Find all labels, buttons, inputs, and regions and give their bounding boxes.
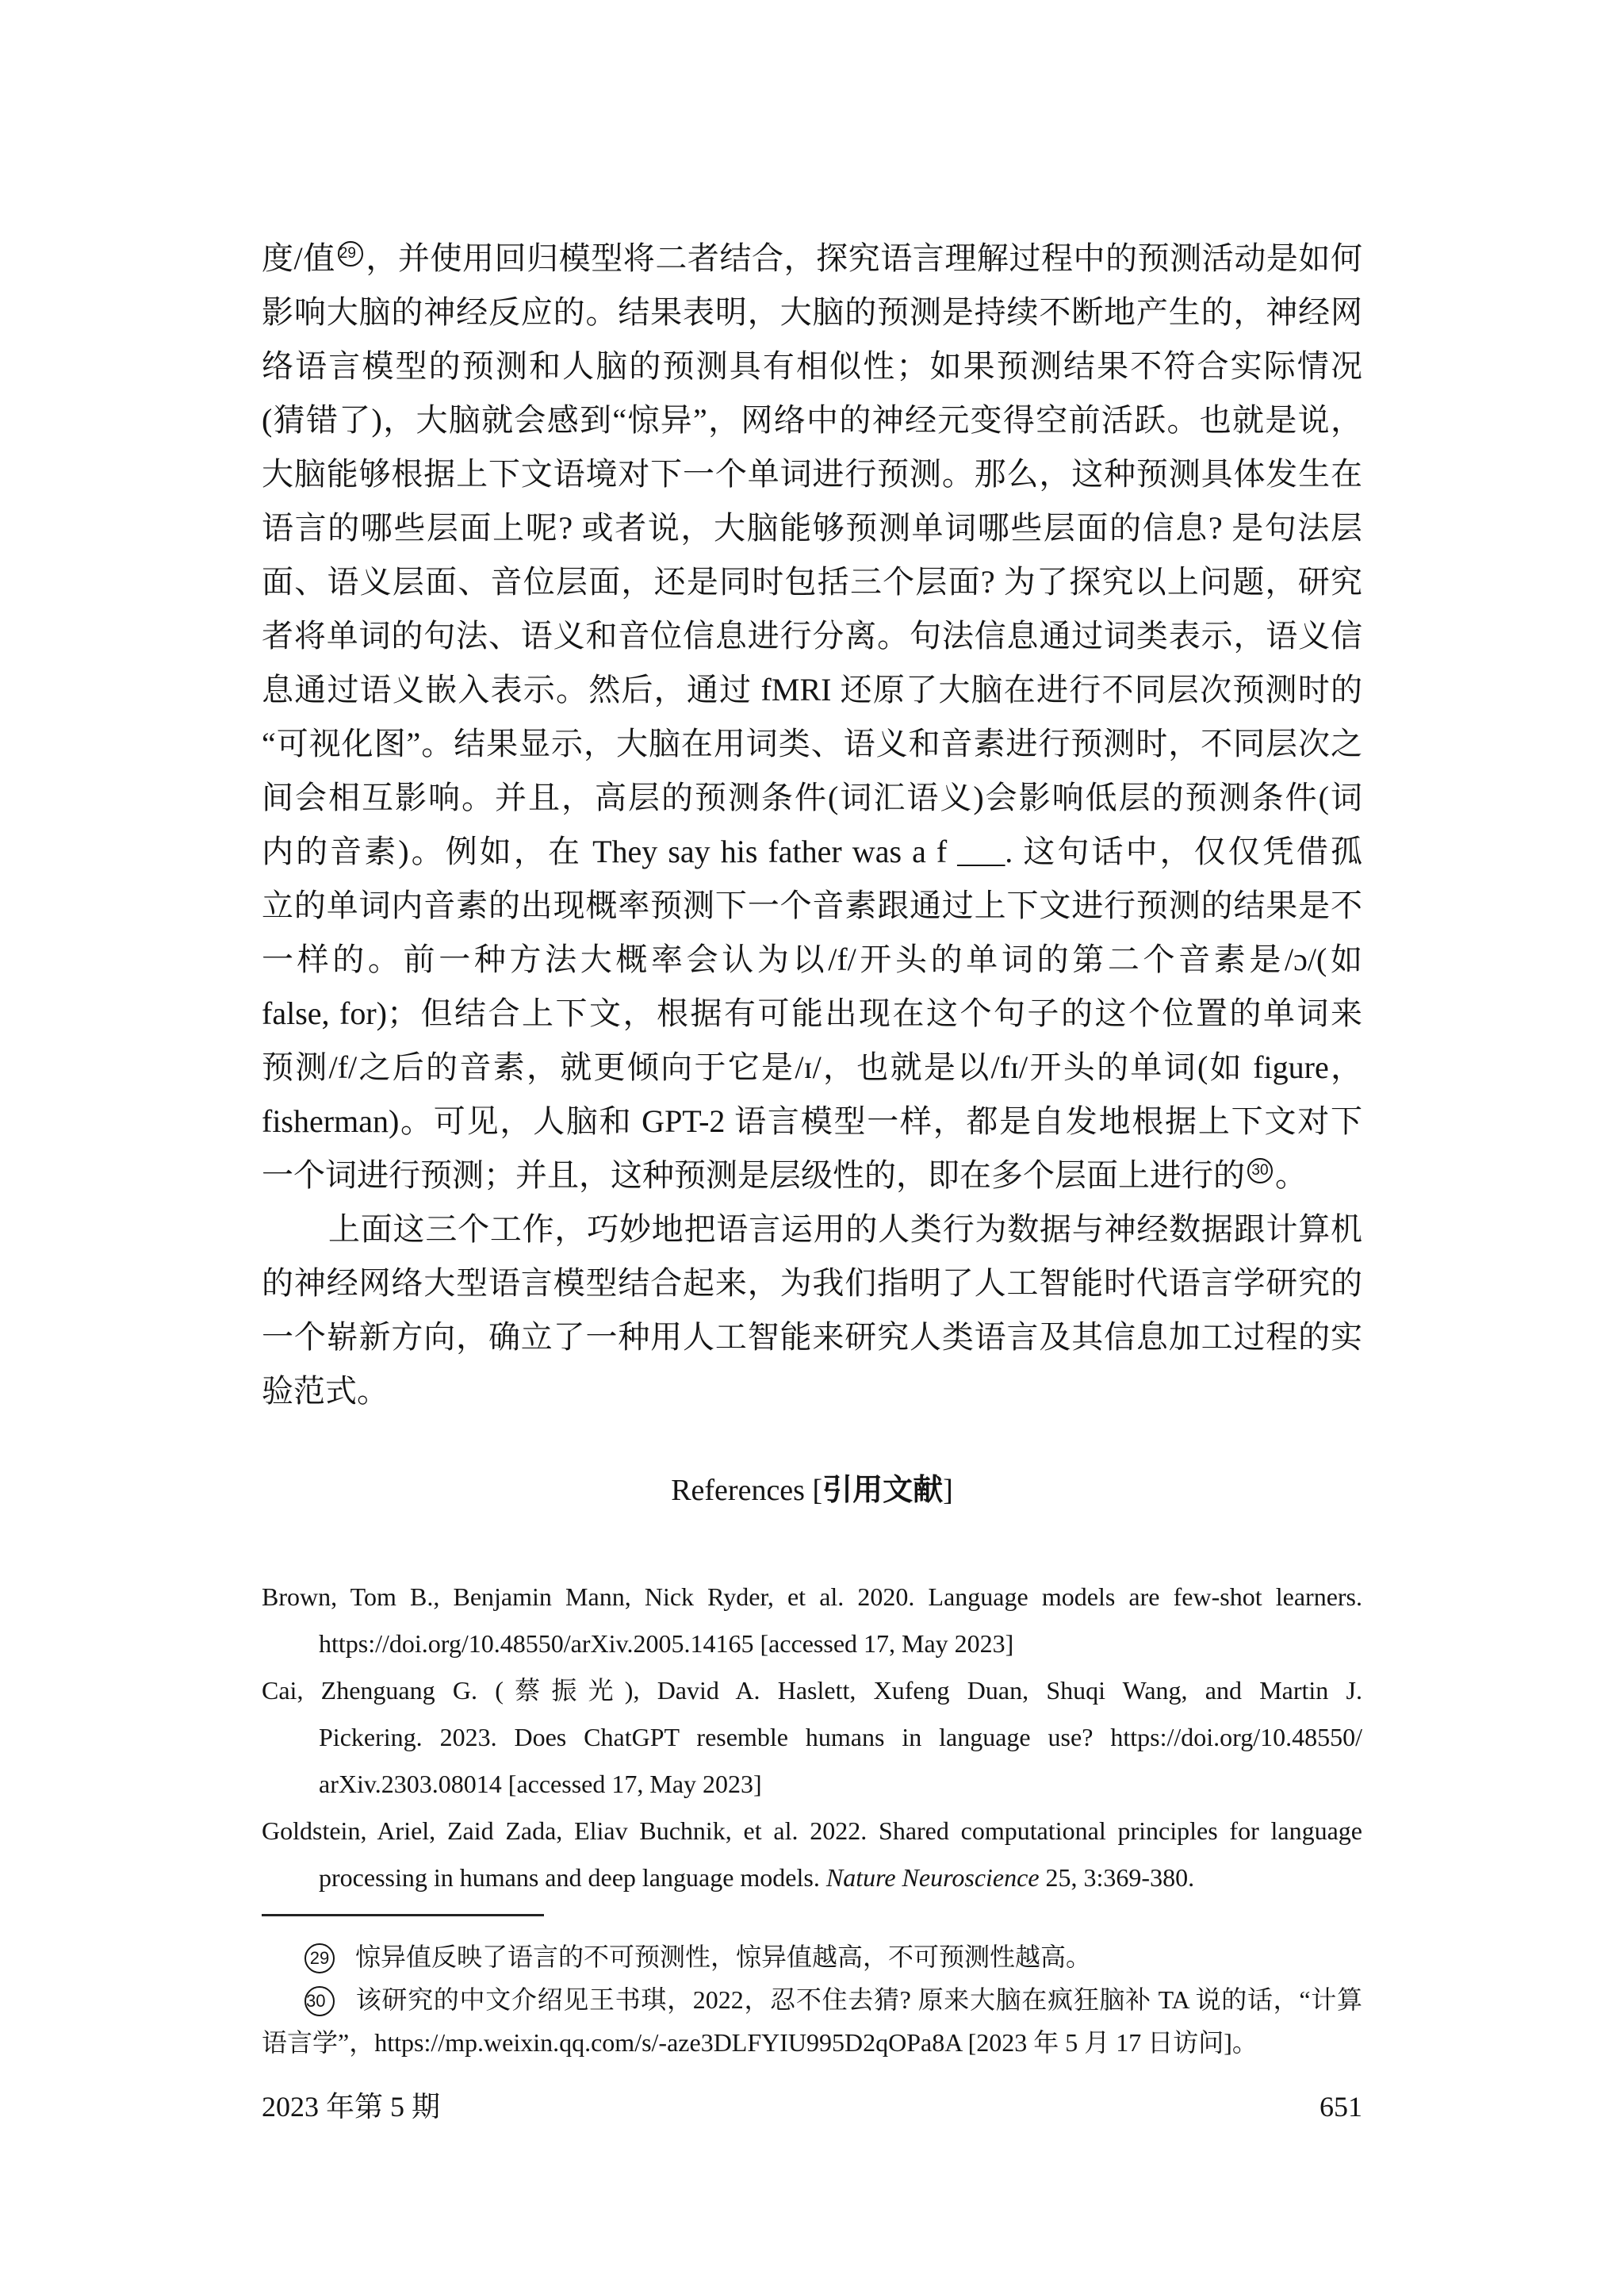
body-line: 大脑能够根据上下文语境对下一个单词进行预测。那么，这种预测具体发生在: [262, 447, 1362, 501]
journal-name: Nature Neuroscience: [826, 1863, 1040, 1892]
body-line: 者将单词的句法、语义和音位信息进行分离。句法信息通过词类表示，语义信: [262, 609, 1362, 663]
body-line: 息通过语义嵌入表示。然后，通过 fMRI 还原了大脑在进行不同层次预测时的: [262, 663, 1362, 717]
body-line: 面、语义层面、音位层面，还是同时包括三个层面? 为了探究以上问题，研究: [262, 555, 1362, 609]
footnote-separator: [262, 1914, 544, 1916]
references-heading-zh: 引用文献: [822, 1474, 943, 1507]
reference-text: 25, 3:369-380.: [1040, 1863, 1195, 1892]
footnote-ref-29-marker: 29: [338, 241, 363, 267]
page-number: 651: [1319, 2084, 1362, 2129]
body-line: 内的音素)。例如，在 They say his father was a f _…: [262, 825, 1362, 879]
footnote-ref-30-marker: 30: [1247, 1158, 1273, 1183]
reference-line: processing in humans and deep language m…: [262, 1854, 1362, 1901]
footnote-30: 30该研究的中文介绍见王书琪，2022，忍不住去猜? 原来大脑在疯狂脑补 TA …: [262, 1978, 1362, 2021]
reference-line: Brown, Tom B., Benjamin Mann, Nick Ryder…: [262, 1574, 1362, 1620]
body-line-text: 。: [1275, 1157, 1307, 1193]
body-line: false, for)；但结合上下文，根据有可能出现在这个句子的这个位置的单词来: [262, 987, 1362, 1041]
reference-line: Cai, Zhenguang G. (蔡振光), David A. Haslet…: [262, 1667, 1362, 1714]
body-line: 影响大脑的神经反应的。结果表明，大脑的预测是持续不断地产生的，神经网: [262, 286, 1362, 339]
body-line: 度/值29，并使用回归模型将二者结合，探究语言理解过程中的预测活动是如何: [262, 232, 1362, 286]
body-line-text: 一个词进行预测；并且，这种预测是层级性的，即在多个层面上进行的: [262, 1157, 1245, 1193]
footnote-30-marker: 30: [304, 1986, 335, 2016]
reference-line: Pickering. 2023. Does ChatGPT resemble h…: [262, 1714, 1362, 1761]
page-footer: 2023 年第 5 期 651: [262, 2084, 1362, 2129]
reference-text: processing in humans and deep language m…: [319, 1863, 826, 1892]
body-line-text: ，并使用回归模型将二者结合，探究语言理解过程中的预测活动是如何: [366, 240, 1362, 276]
reference-line: Goldstein, Ariel, Zaid Zada, Eliav Buchn…: [262, 1808, 1362, 1854]
reference-line: https://doi.org/10.48550/arXiv.2005.1416…: [262, 1620, 1362, 1667]
references-heading-en: References [: [671, 1474, 822, 1507]
body-line: 预测/f/之后的音素，就更倾向于它是/ɪ/，也就是以/fɪ/开头的单词(如 fi…: [262, 1041, 1362, 1095]
footnote-29-marker: 29: [304, 1943, 335, 1973]
footnote-30-continuation: 语言学”，https://mp.weixin.qq.com/s/-aze3DLF…: [262, 2021, 1362, 2064]
body-line: fisherman)。可见，人脑和 GPT-2 语言模型一样，都是自发地根据上下…: [262, 1095, 1362, 1149]
body-line: 语言的哪些层面上呢? 或者说，大脑能够预测单词哪些层面的信息? 是句法层: [262, 501, 1362, 555]
body-line: 验范式。: [262, 1364, 1362, 1418]
body-line: 间会相互影响。并且，高层的预测条件(词汇语义)会影响低层的预测条件(词: [262, 771, 1362, 825]
body-text: 度/值29，并使用回归模型将二者结合，探究语言理解过程中的预测活动是如何 影响大…: [262, 232, 1362, 1418]
references-heading-bracket: ]: [943, 1474, 953, 1507]
footnote-text: 该研究的中文介绍见王书琪，2022，忍不住去猜? 原来大脑在疯狂脑补 TA 说的…: [262, 1985, 1362, 2021]
footnotes: 29惊异值反映了语言的不可预测性，惊异值越高，不可预测性越高。 30该研究的中文…: [262, 1935, 1362, 2064]
footnote-text: 惊异值反映了语言的不可预测性，惊异值越高，不可预测性越高。: [355, 1943, 1091, 1971]
references-list: Brown, Tom B., Benjamin Mann, Nick Ryder…: [262, 1574, 1362, 1901]
body-line: (猜错了)，大脑就会感到“惊异”，网络中的神经元变得空前活跃。也就是说，: [262, 393, 1362, 447]
body-line: 一个崭新方向，确立了一种用人工智能来研究人类语言及其信息加工过程的实: [262, 1310, 1362, 1364]
references-heading: References [引用文献]: [262, 1467, 1362, 1513]
reference-line: arXiv.2303.08014 [accessed 17, May 2023]: [262, 1761, 1362, 1808]
body-line: 一个词进行预测；并且，这种预测是层级性的，即在多个层面上进行的30。: [262, 1149, 1362, 1202]
issue-label: 2023 年第 5 期: [262, 2084, 440, 2129]
body-line: 上面这三个工作，巧妙地把语言运用的人类行为数据与神经数据跟计算机: [262, 1202, 1362, 1256]
body-line: “可视化图”。结果显示，大脑在用词类、语义和音素进行预测时，不同层次之: [262, 717, 1362, 771]
body-line: 立的单词内音素的出现概率预测下一个音素跟通过上下文进行预测的结果是不: [262, 879, 1362, 933]
journal-page: 度/值29，并使用回归模型将二者结合，探究语言理解过程中的预测活动是如何 影响大…: [0, 0, 1624, 2282]
body-line-text: 度/值: [262, 240, 335, 276]
footnote-29: 29惊异值反映了语言的不可预测性，惊异值越高，不可预测性越高。: [262, 1935, 1362, 1978]
body-line: 的神经网络大型语言模型结合起来，为我们指明了人工智能时代语言学研究的: [262, 1256, 1362, 1310]
body-line: 络语言模型的预测和人脑的预测具有相似性；如果预测结果不符合实际情况: [262, 339, 1362, 393]
body-line: 一样的。前一种方法大概率会认为以/f/开头的单词的第二个音素是/ɔ/(如: [262, 933, 1362, 987]
